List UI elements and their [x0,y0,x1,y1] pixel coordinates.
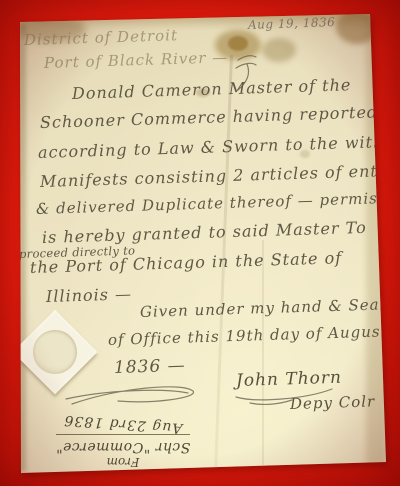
paper-shadow: Aug 19, 1836 District of Detroit Port of… [0,0,400,486]
endorsement-from: From [48,455,198,468]
closing-line: Given under my hand & Seal [140,295,386,321]
stain-mid-blot [262,38,296,62]
body-line: according to Law & Sworn to the within [38,132,400,162]
filing-endorsement: From Schr "Commerce" Aug 23rd 1836 [48,400,198,468]
vertical-fold-crease-2 [262,240,264,465]
body-line: Donald Cameron Master of the [72,75,352,103]
embossed-paper-seal [13,310,98,395]
signature-name: John Thorn [236,368,343,391]
heading-port: Port of Black River — [44,48,229,72]
heading-district: District of Detroit [24,26,179,49]
stain-top-center-core [228,36,248,51]
closing-line: of Office this 19th day of August [108,322,388,349]
pencil-date: Aug 19, 1836 [248,15,336,32]
signature-title: Depy Colr [290,392,376,413]
endorsement-vessel: Schr "Commerce" [48,438,198,455]
closing-line: 1836 — [114,356,186,378]
body-line: Schooner Commerce having reported [40,102,379,132]
stain-top-right-corner [336,10,378,44]
body-line: Manifests consisting 2 articles of entry [40,161,397,191]
body-line: is hereby granted to said Master To [42,218,367,247]
photograph: Aug 19, 1836 District of Detroit Port of… [0,0,400,486]
body-line: & delivered Duplicate thereof — permissi… [36,188,400,218]
body-line: Illinois — [46,284,133,306]
document-paper: Aug 19, 1836 District of Detroit Port of… [0,0,400,486]
seal-embossed-disc [24,321,86,383]
